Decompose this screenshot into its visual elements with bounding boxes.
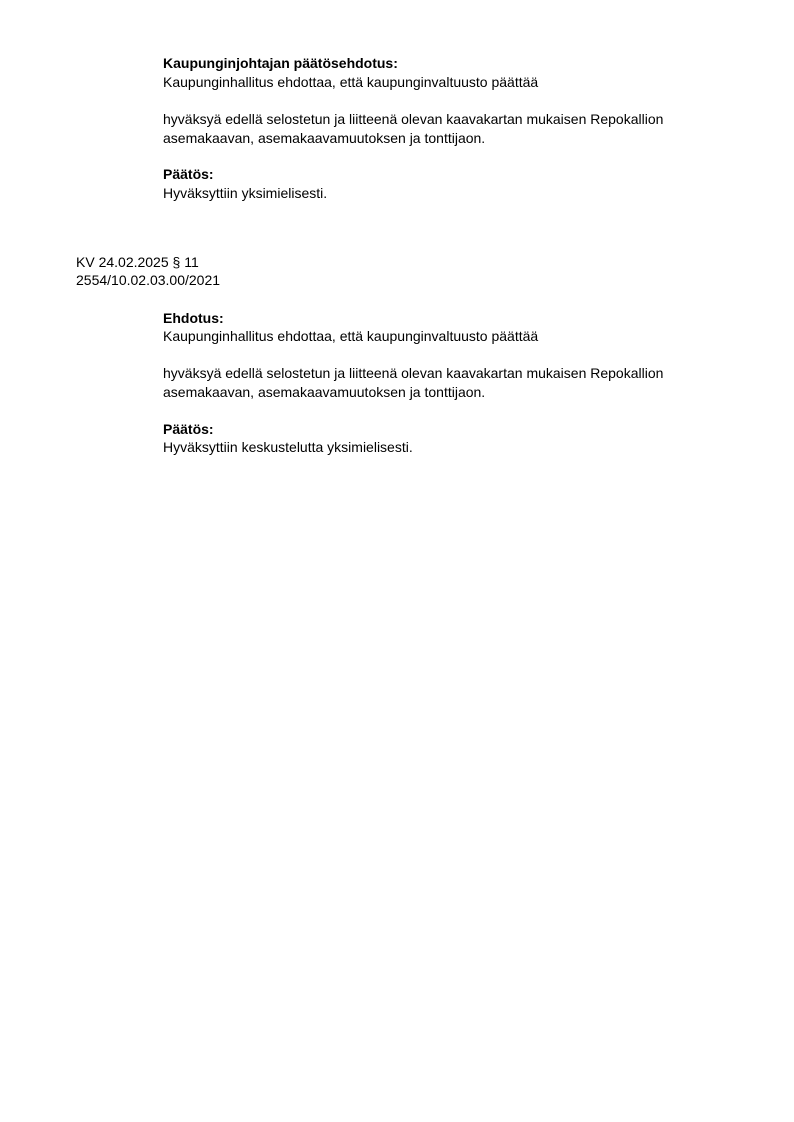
section1-intro: Kaupunginhallitus ehdottaa, että kaupung… bbox=[163, 73, 693, 92]
case-number: 2554/10.02.03.00/2021 bbox=[76, 271, 220, 290]
section2-heading: Ehdotus: bbox=[163, 309, 693, 328]
section1-proposal-line1: hyväksyä edellä selostetun ja liitteenä … bbox=[163, 110, 693, 129]
section1-proposal-line2: asemakaavan, asemakaavamuutoksen ja tont… bbox=[163, 129, 693, 148]
section2-intro: Kaupunginhallitus ehdottaa, että kaupung… bbox=[163, 327, 693, 346]
section1-decision-heading: Päätös: bbox=[163, 165, 693, 184]
section2-proposal-line2: asemakaavan, asemakaavamuutoksen ja tont… bbox=[163, 383, 693, 402]
section2-decision-heading: Päätös: bbox=[163, 420, 693, 439]
section1-heading: Kaupunginjohtajan päätösehdotus: bbox=[163, 54, 693, 73]
section2-decision-text: Hyväksyttiin keskustelutta yksimielisest… bbox=[163, 438, 693, 457]
section2-proposal-line1: hyväksyä edellä selostetun ja liitteenä … bbox=[163, 364, 693, 383]
meeting-reference: KV 24.02.2025 § 11 bbox=[76, 253, 199, 272]
section1-decision-text: Hyväksyttiin yksimielisesti. bbox=[163, 184, 693, 203]
